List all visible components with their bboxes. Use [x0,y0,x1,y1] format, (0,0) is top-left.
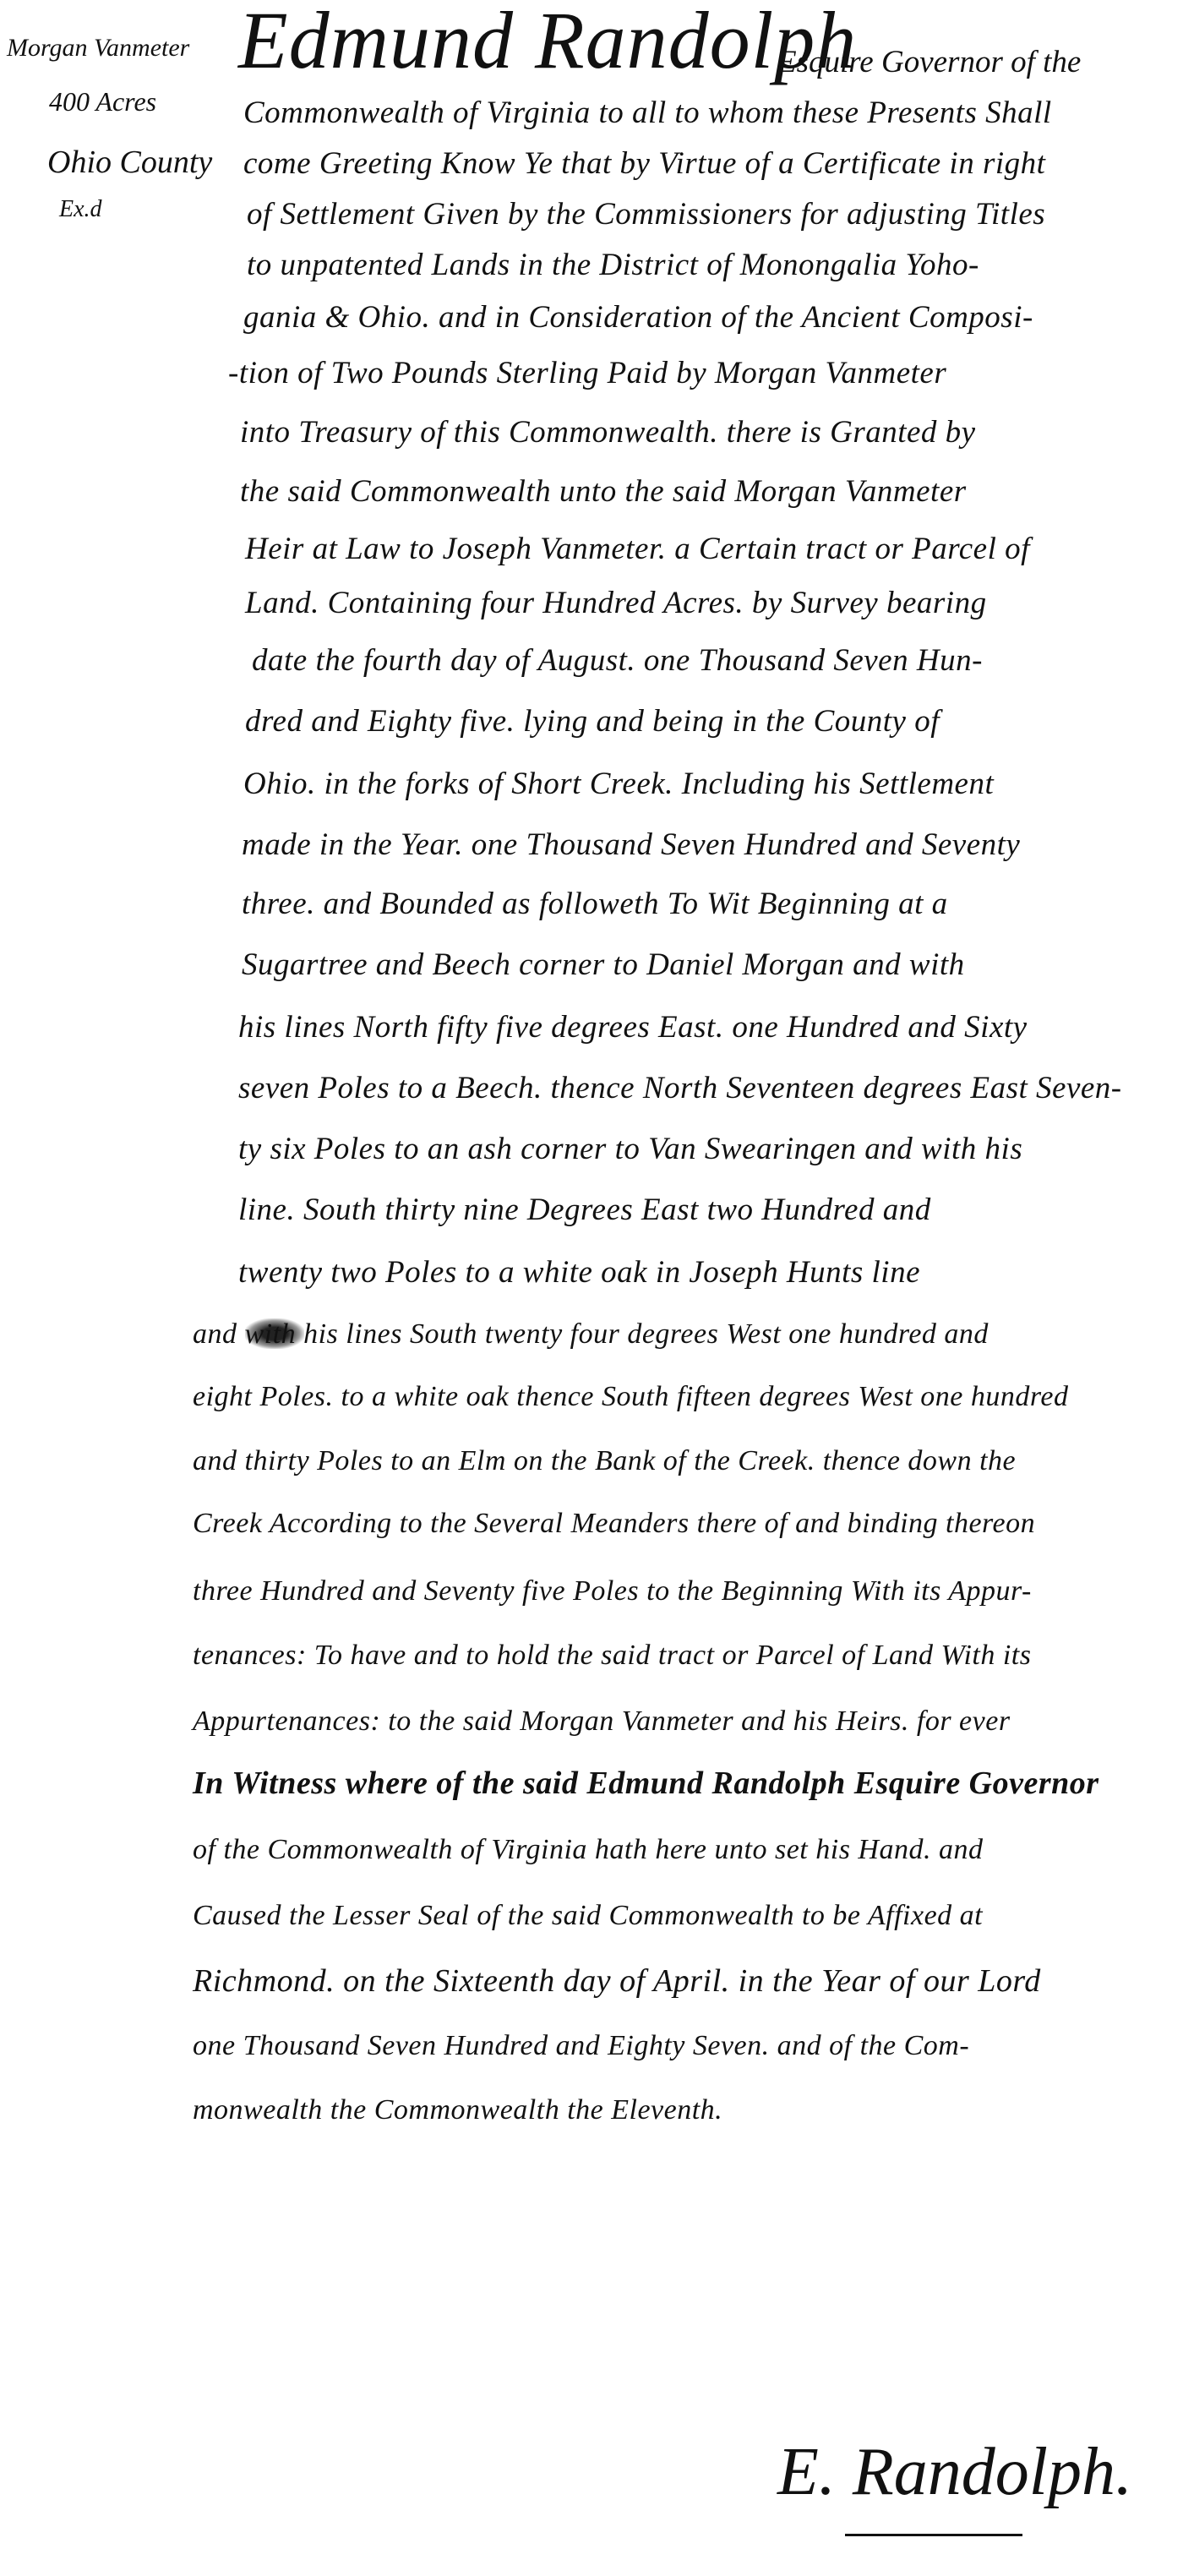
body-line: and thirty Poles to an Elm on the Bank o… [193,1445,1016,1477]
body-line: Richmond. on the Sixteenth day of April.… [193,1962,1041,2000]
body-line: -tion of Two Pounds Sterling Paid by Mor… [228,355,946,391]
body-line: of Settlement Given by the Commissioners… [247,196,1045,232]
body-line: one Thousand Seven Hundred and Eighty Se… [193,2030,969,2062]
body-line: into Treasury of this Commonwealth. ther… [240,414,976,450]
body-line: Appurtenances: to the said Morgan Vanmet… [193,1706,1011,1738]
body-line: line. South thirty nine Degrees East two… [238,1192,931,1228]
governor-signature: E. Randolph. [777,2434,1132,2511]
body-line: three Hundred and Seventy five Poles to … [193,1575,1032,1607]
body-line: his lines North fifty five degrees East.… [238,1009,1028,1045]
body-line: Caused the Lesser Seal of the said Commo… [193,1900,983,1932]
body-line: ty six Poles to an ash corner to Van Swe… [238,1131,1022,1167]
body-line: gania & Ohio. and in Consideration of th… [243,299,1033,336]
body-line: eight Poles. to a white oak thence South… [193,1381,1068,1413]
signature-underline [845,2534,1022,2536]
body-line: twenty two Poles to a white oak in Josep… [238,1254,920,1291]
body-line: Sugartree and Beech corner to Daniel Mor… [242,947,965,983]
body-line: Creek According to the Several Meanders … [193,1508,1035,1540]
heading-title: Esquire Governor of the [777,44,1081,80]
body-line: Ohio. in the forks of Short Creek. Inclu… [243,766,994,802]
body-line: dred and Eighty five. lying and being in… [245,703,940,740]
body-line: Commonwealth of Virginia to all to whom … [243,95,1052,131]
body-line: three. and Bounded as followeth To Wit B… [242,886,948,922]
body-line: to unpatented Lands in the District of M… [247,247,979,283]
margin-grantee: Morgan Vanmeter [7,34,189,63]
land-grant-document: Morgan Vanmeter 400 Acres Ohio County Ex… [0,0,1183,2576]
body-line: tenances: To have and to hold the said t… [193,1640,1031,1672]
margin-county: Ohio County [47,144,212,181]
margin-acreage: 400 Acres [49,86,156,117]
body-line: monwealth the Commonwealth the Eleventh. [193,2094,722,2126]
body-line: Land. Containing four Hundred Acres. by … [245,585,987,621]
body-line: seven Poles to a Beech. thence North Sev… [238,1070,1122,1106]
body-line: the said Commonwealth unto the said Morg… [240,473,967,510]
body-line: and with his lines South twenty four deg… [193,1318,989,1351]
heading-governor-name: Edmund Randolph [238,0,857,87]
body-line: of the Commonwealth of Virginia hath her… [193,1834,983,1866]
margin-examined: Ex.d [59,196,102,223]
body-line: date the fourth day of August. one Thous… [252,642,983,679]
body-line: come Greeting Know Ye that by Virtue of … [243,145,1045,182]
body-line: made in the Year. one Thousand Seven Hun… [242,827,1020,863]
body-line: Heir at Law to Joseph Vanmeter. a Certai… [245,531,1030,567]
body-line-in-witness: In Witness where of the said Edmund Rand… [193,1765,1099,1802]
